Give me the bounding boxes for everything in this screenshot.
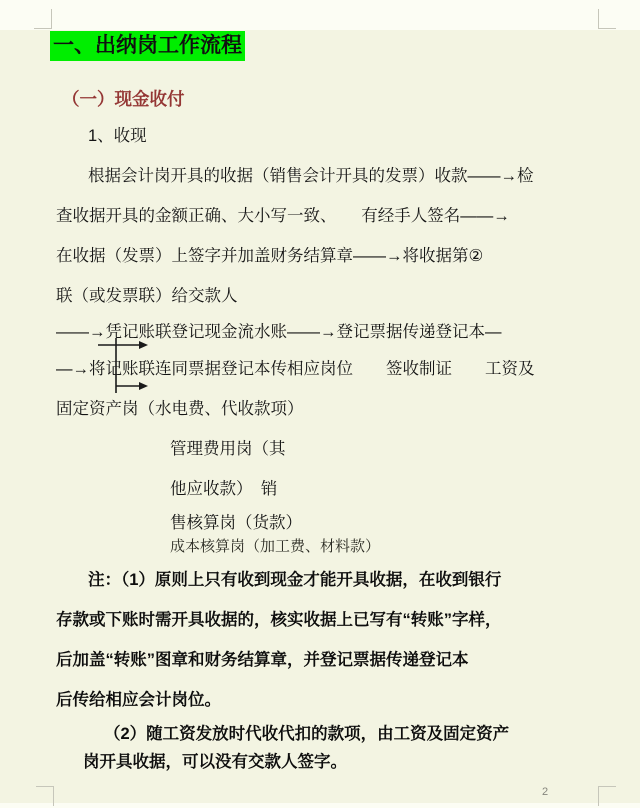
body-line: 查收据开具的金额正确、大小写一致、 有经手人签名——→ bbox=[56, 196, 601, 236]
note-line: 岗开具收据，可以没有交款人签字。 bbox=[56, 748, 601, 776]
document-title: 一、出纳岗工作流程 bbox=[50, 31, 245, 61]
document-page: { "page": { "title": "一、出纳岗工作流程", "secti… bbox=[0, 0, 640, 808]
note-line: 后加盖“转账”图章和财务结算章，并登记票据传递登记本 bbox=[56, 640, 601, 680]
page-top-edge bbox=[0, 0, 640, 30]
margin-cropmark-bottom-left-icon bbox=[36, 786, 54, 806]
note-line: （2）随工资发放时代收代扣的款项，由工资及固定资产 bbox=[56, 720, 601, 748]
page-bottom-edge bbox=[0, 803, 640, 808]
body-line: 成本核算岗（加工费、材料款） bbox=[56, 537, 601, 560]
body-line: 管理费用岗（其 bbox=[56, 429, 601, 469]
body-line: 1、收现 bbox=[56, 116, 601, 156]
note-line: 注：（1）原则上只有收到现金才能开具收据，在收到银行 bbox=[56, 560, 601, 600]
margin-cropmark-bottom-right-icon bbox=[598, 786, 616, 806]
flow-branch-arrows-icon bbox=[90, 334, 160, 398]
margin-cropmark-top-left-icon bbox=[34, 9, 52, 29]
body-line: 在收据（发票）上签字并加盖财务结算章——→将收据第② bbox=[56, 236, 601, 276]
body-line: 售核算岗（货款） bbox=[56, 509, 601, 537]
body-line: 根据会计岗开具的收据（销售会计开具的发票）收款——→检 bbox=[56, 156, 601, 196]
page-number: 2 bbox=[542, 786, 548, 798]
section-heading: （一）现金收付 bbox=[62, 86, 185, 111]
body-line: 他应收款） 销 bbox=[56, 469, 601, 509]
body-line: 联（或发票联）给交款人 bbox=[56, 276, 601, 316]
document-body: 1、收现 根据会计岗开具的收据（销售会计开具的发票）收款——→检 查收据开具的金… bbox=[56, 116, 601, 776]
margin-cropmark-top-right-icon bbox=[598, 9, 616, 29]
note-line: 后传给相应会计岗位。 bbox=[56, 680, 601, 720]
note-line: 存款或下账时需开具收据的，核实收据上已写有“转账”字样， bbox=[56, 600, 601, 640]
